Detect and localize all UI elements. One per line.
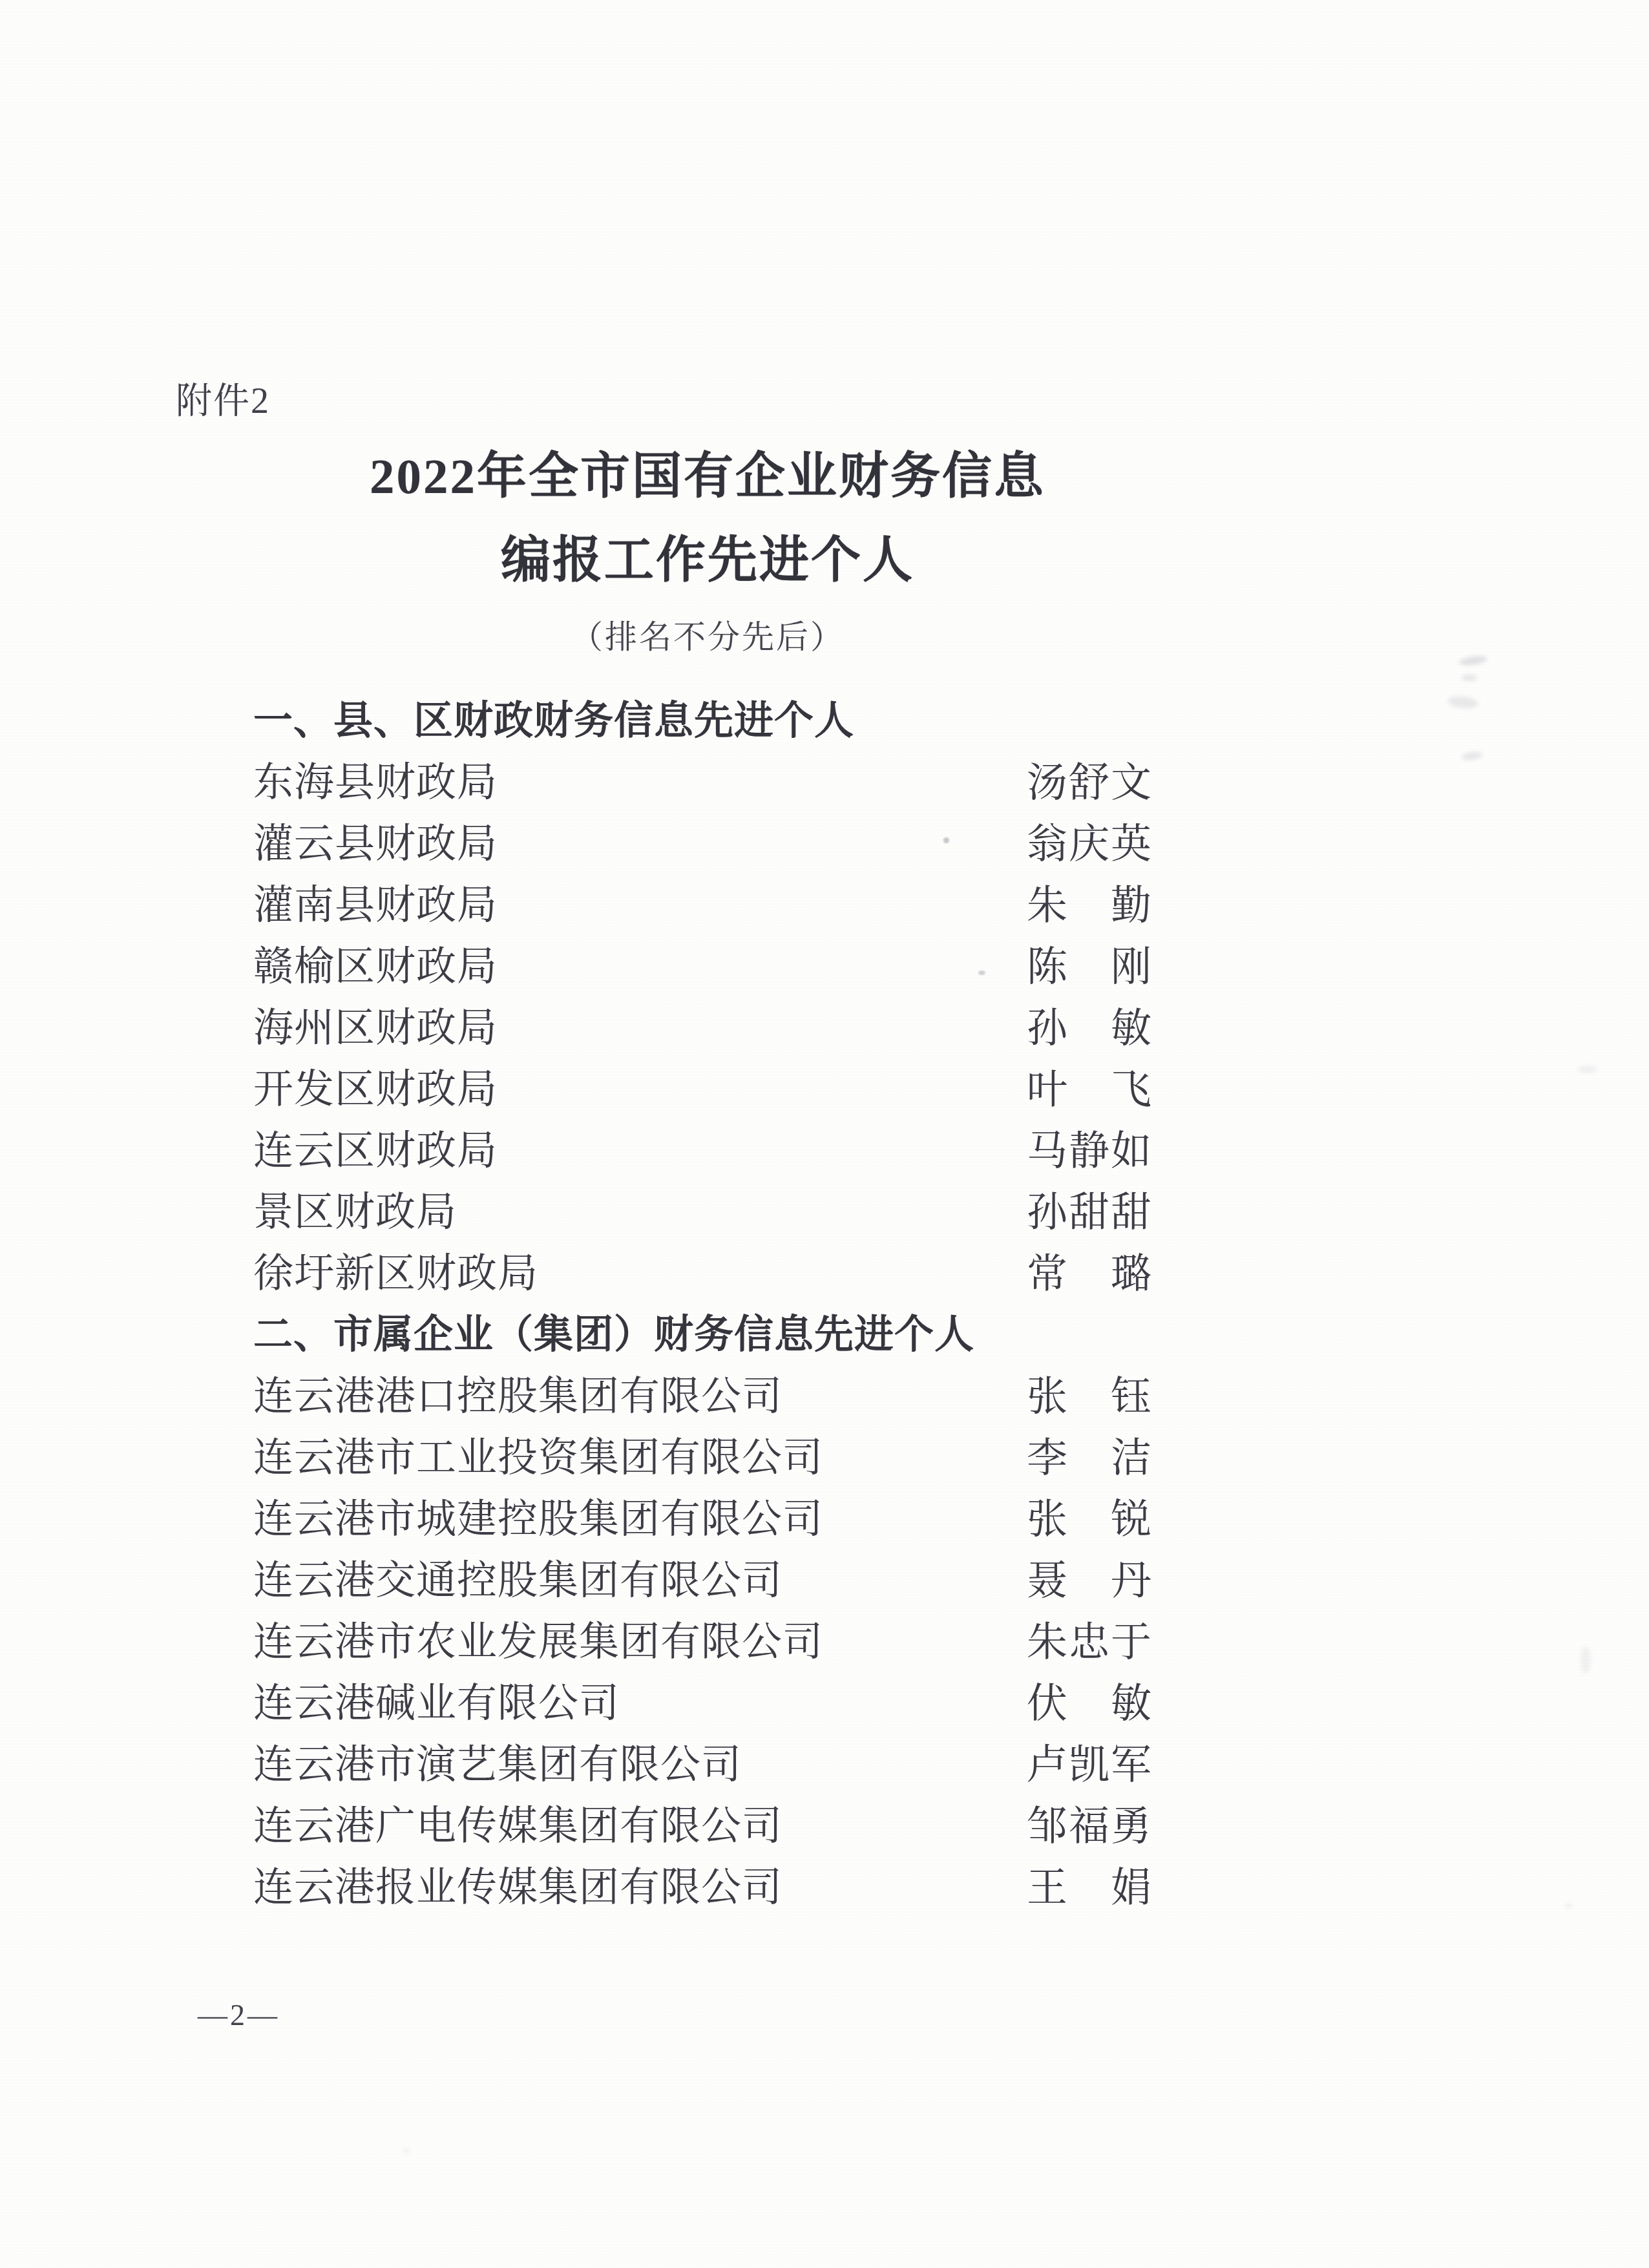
list-item: 景区财政局孙甜甜: [253, 1178, 1223, 1239]
org-name: 灌南县财政局: [253, 873, 498, 930]
list-item: 连云港碱业有限公司伏 敏: [253, 1669, 1223, 1730]
list-item: 东海县财政局汤舒文: [253, 748, 1223, 810]
list-item: 连云区财政局马静如: [253, 1117, 1223, 1178]
scan-artifact: [1578, 1066, 1597, 1073]
person-name: 卢凯军: [1027, 1732, 1162, 1790]
org-name: 连云港交通控股集团有限公司: [253, 1548, 782, 1606]
list-item: 连云港市演艺集团有限公司卢凯军: [253, 1730, 1223, 1792]
scan-artifact: [1462, 675, 1477, 681]
person-name: 邹福勇: [1027, 1793, 1162, 1852]
org-name: 连云港港口控股集团有限公司: [253, 1364, 782, 1422]
org-name: 连云港市演艺集团有限公司: [253, 1732, 742, 1790]
person-name: 朱 勤: [1027, 872, 1162, 931]
org-name: 开发区财政局: [253, 1057, 498, 1115]
attachment-label: 附件2: [176, 372, 270, 424]
list-item: 连云港市城建控股集团有限公司张 锐: [253, 1485, 1223, 1546]
org-name: 海州区财政局: [253, 996, 498, 1053]
org-name: 连云港碱业有限公司: [253, 1671, 620, 1728]
document-subtitle: （排名不分先后）: [252, 611, 1163, 658]
list-item: 海州区财政局孙 敏: [253, 994, 1223, 1055]
person-name: 孙甜甜: [1027, 1179, 1162, 1238]
list-item: 连云港市农业发展集团有限公司朱忠于: [253, 1608, 1223, 1669]
list-item: 连云港广电传媒集团有限公司邹福勇: [253, 1792, 1223, 1853]
org-name: 连云港报业传媒集团有限公司: [253, 1855, 782, 1913]
org-name: 连云港市农业发展集团有限公司: [253, 1610, 823, 1667]
scan-artifact: [1565, 1904, 1573, 1908]
list-item: 徐圩新区财政局常 璐: [253, 1239, 1223, 1301]
list-item: 连云港市工业投资集团有限公司李 洁: [253, 1423, 1223, 1485]
document-title-line-1: 2022年全市国有企业财务信息: [252, 434, 1163, 518]
list-item: 赣榆区财政局陈 刚: [253, 932, 1223, 994]
org-name: 景区财政局: [253, 1180, 457, 1237]
scan-artifact: [1461, 751, 1482, 761]
scan-artifact: [1447, 695, 1479, 710]
person-name: 陈 刚: [1027, 934, 1162, 992]
list-item: 灌南县财政局朱 勤: [253, 871, 1223, 932]
list-item: 开发区财政局叶 飞: [253, 1055, 1223, 1117]
org-name: 东海县财政局: [253, 750, 498, 808]
person-name: 马静如: [1027, 1118, 1162, 1177]
person-name: 聂 丹: [1027, 1548, 1162, 1606]
org-name: 赣榆区财政局: [253, 934, 498, 992]
document-title: 2022年全市国有企业财务信息 编报工作先进个人: [252, 434, 1163, 602]
award-list: 一、县、区财政财务信息先进个人东海县财政局汤舒文灌云县财政局翁庆英灌南县财政局朱…: [253, 687, 1223, 1915]
person-name: 孙 敏: [1027, 995, 1162, 1054]
page-number: —2—: [198, 1998, 280, 2032]
list-item: 连云港交通控股集团有限公司聂 丹: [253, 1546, 1223, 1608]
scan-artifact: [1458, 655, 1487, 667]
person-name: 朱忠于: [1027, 1609, 1162, 1668]
org-name: 连云港市工业投资集团有限公司: [253, 1425, 823, 1483]
person-name: 常 璐: [1027, 1241, 1162, 1299]
org-name: 连云港广电传媒集团有限公司: [253, 1794, 782, 1851]
person-name: 李 洁: [1027, 1425, 1162, 1484]
person-name: 张 钰: [1027, 1363, 1162, 1422]
org-name: 连云港市城建控股集团有限公司: [253, 1487, 823, 1544]
org-name: 灌云县财政局: [253, 812, 498, 869]
list-item: 灌云县财政局翁庆英: [253, 810, 1223, 871]
section-heading: 二、市属企业（集团）财务信息先进个人: [253, 1301, 1223, 1362]
document-page: 附件2 2022年全市国有企业财务信息 编报工作先进个人 （排名不分先后） 一、…: [0, 0, 1649, 2268]
section-heading: 一、县、区财政财务信息先进个人: [253, 687, 1223, 748]
person-name: 王 娟: [1027, 1854, 1162, 1913]
org-name: 连云区财政局: [253, 1118, 498, 1176]
person-name: 叶 飞: [1027, 1056, 1162, 1115]
person-name: 伏 敏: [1027, 1670, 1162, 1729]
person-name: 张 锐: [1027, 1486, 1162, 1545]
document-title-line-2: 编报工作先进个人: [252, 518, 1163, 602]
list-item: 连云港报业传媒集团有限公司王 娟: [253, 1853, 1223, 1915]
list-item: 连云港港口控股集团有限公司张 钰: [253, 1362, 1223, 1423]
person-name: 汤舒文: [1027, 750, 1162, 808]
org-name: 徐圩新区财政局: [253, 1241, 538, 1299]
scan-artifact: [1581, 1646, 1591, 1674]
person-name: 翁庆英: [1027, 811, 1162, 870]
scan-artifact: [403, 2149, 410, 2153]
